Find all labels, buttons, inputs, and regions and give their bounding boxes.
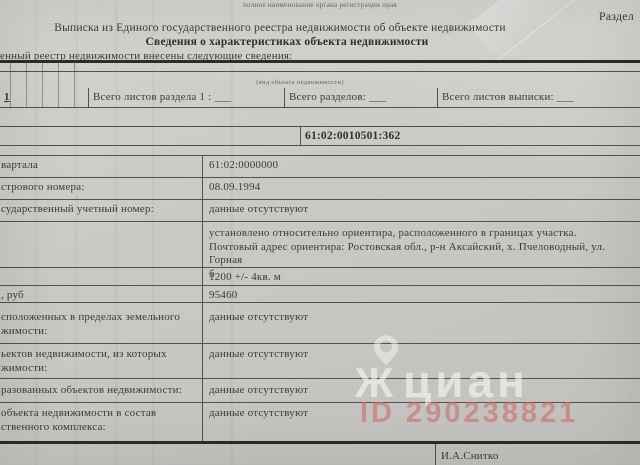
table-row-previous-number: сударственный учетный номер: данные отсу… [0,200,640,222]
total-sections: Всего разделов: ___ [284,88,437,107]
section-label: Раздел [599,10,634,23]
table-border-top [0,60,640,63]
row-label: стрового номера: [1,181,198,195]
row-label: ственного комплекса: [1,421,198,435]
row-value: 95460 [209,289,636,303]
table-row-objects-within: сположенных в пределах земельного жимост… [0,303,640,344]
table-row-date: стрового номера: 08.09.1994 [0,178,640,200]
row-label: жимости: [1,362,198,376]
document-subtitle: Сведения о характеристиках объекта недви… [37,36,537,49]
table-row-address: установлено относительно ориентира, расп… [0,222,640,268]
row-label: ьектов недвижимости, из которых [1,348,198,362]
row-value: данные отсутствуют [209,311,636,325]
cadastral-number: 61:02:0010501:362 [305,130,400,143]
cell-divider [300,127,301,145]
table-row-quarter: вартала 61:02:0000000 [0,156,640,178]
row-value: установлено относительно ориентира, расп… [209,227,636,241]
cadastral-number-row: 61:02:0010501:362 [0,126,640,146]
sheets-count-row: 1 Всего листов раздела 1 : ___ Всего раз… [0,88,640,108]
row-value: 08.09.1994 [209,181,636,195]
row-value: 61:02:0000000 [209,159,636,173]
cell-divider [435,444,436,465]
registrar-signature: И.А.Снитко [441,450,499,463]
table-row-cost: , руб 95460 [0,286,640,303]
table-row-source-objects: ьектов недвижимости, из которых жимости:… [0,344,640,379]
row-value: 1200 +/- 4кв. м [209,271,636,285]
org-name-caption: полное наименование органа регистрации п… [0,1,640,9]
document-title: Выписка из Единого государственного реес… [30,22,530,35]
object-kind-caption: (вид объекта недвижимости) [160,79,440,86]
row-label: вартала [1,159,198,173]
row-label: объекта недвижимости в состав [1,407,198,421]
table-row-area: 1200 +/- 4кв. м [0,268,640,286]
rule-line [0,71,640,72]
row-label: , руб [1,289,198,303]
row-label: жимости: [1,325,198,339]
row-value: Почтовый адрес ориентира: Ростовская обл… [209,241,636,268]
total-sheets-of-section: Всего листов раздела 1 : ___ [88,88,284,107]
signature-row: И.А.Снитко [0,444,640,465]
total-sheets-of-extract: Всего листов выписки: ___ [437,88,640,107]
sheet-number: 1 [0,88,88,107]
row-value: данные отсутствуют [209,203,636,217]
row-label: сударственный учетный номер: [1,203,198,217]
watermark-id: ID 290238821 [360,398,578,428]
document-photo: полное наименование органа регистрации п… [0,0,640,465]
row-label: разованных объектов недвижимости: [1,384,198,398]
row-label: сположенных в пределах земельного [1,311,198,325]
